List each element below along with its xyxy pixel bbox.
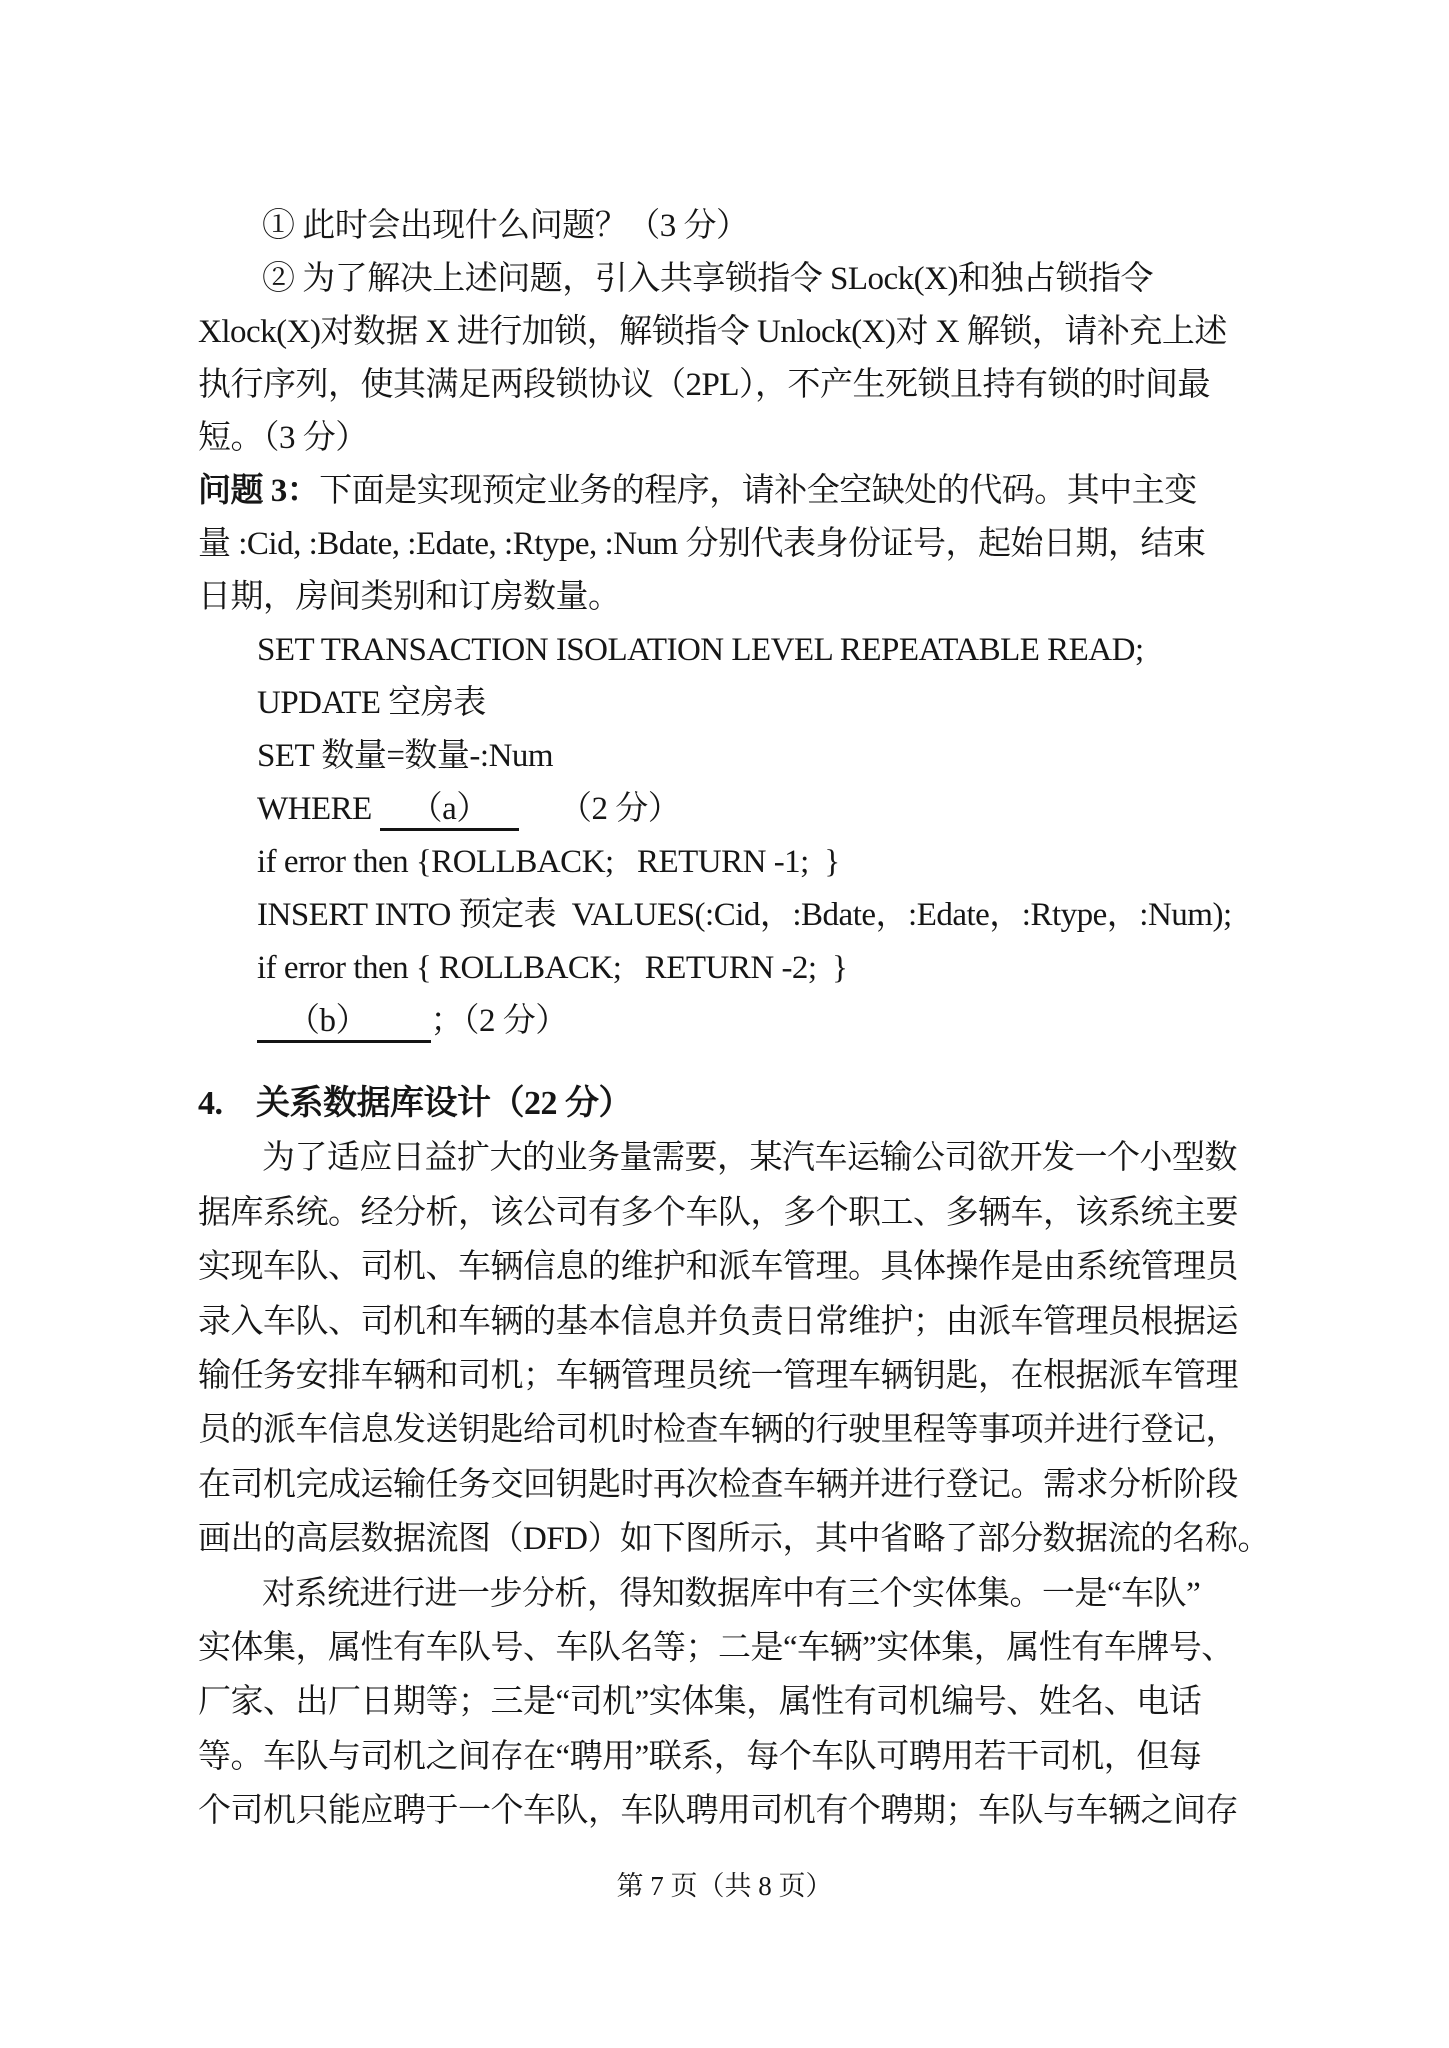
text-segment: 下面是实现预定业务的程序，请补全空缺处的代码。其中主变 <box>319 473 1197 509</box>
text-segment: 据库系统。经分析，该公司有多个车队，多个职工、多辆车，该系统主要 <box>198 1195 1238 1231</box>
text-segment: 问题 3： <box>198 473 319 509</box>
document-line: ① 此时会出现什么问题？（3 分） <box>198 200 1273 253</box>
text-segment: 员的派车信息发送钥匙给司机时检查车辆的行驶里程等事项并进行登记， <box>198 1412 1238 1448</box>
text-segment: 4. 关系数据库设计（22 分） <box>198 1085 632 1122</box>
document-line: 实体集，属性有车队号、车队名等；二是“车辆”实体集，属性有车牌号、 <box>198 1621 1273 1675</box>
text-segment: ② 为了解决上述问题，引入共享锁指令 SLock(X)和独占锁指令 <box>262 261 1153 297</box>
document-line: 厂家、出厂日期等；三是“司机”实体集，属性有司机编号、姓名、电话 <box>198 1675 1273 1729</box>
document-line: 执行序列，使其满足两段锁协议（2PL），不产生死锁且持有锁的时间最 <box>198 359 1273 412</box>
document-line: 问题 3：下面是实现预定业务的程序，请补全空缺处的代码。其中主变 <box>198 465 1273 518</box>
text-segment: ① 此时会出现什么问题？（3 分） <box>262 208 749 244</box>
text-segment: 日期，房间类别和订房数量。 <box>198 579 621 615</box>
text-segment: INSERT INTO 预定表 VALUES(:Cid，:Bdate，:Edat… <box>257 897 1232 933</box>
document-page: ① 此时会出现什么问题？（3 分）② 为了解决上述问题，引入共享锁指令 SLoc… <box>0 0 1449 2048</box>
text-segment: 实现车队、司机、车辆信息的维护和派车管理。具体操作是由系统管理员 <box>198 1249 1238 1285</box>
document-line: 量 :Cid, :Bdate, :Edate, :Rtype, :Num 分别代… <box>198 518 1273 571</box>
text-segment: WHERE <box>257 791 380 827</box>
text-segment: 量 :Cid, :Bdate, :Edate, :Rtype, :Num 分别代… <box>198 526 1205 562</box>
page-number-footer: 第 7 页（共 8 页） <box>0 1866 1449 1906</box>
text-segment: （2 分） <box>519 791 681 827</box>
text-segment: 录入车队、司机和车辆的基本信息并负责日常维护；由派车管理员根据运 <box>198 1304 1238 1340</box>
document-line: UPDATE 空房表 <box>198 677 1273 730</box>
text-segment: 为了适应日益扩大的业务量需要，某汽车运输公司欲开发一个小型数 <box>262 1140 1237 1176</box>
text-segment: 输任务安排车辆和司机；车辆管理员统一管理车辆钥匙，在根据派车管理 <box>198 1358 1238 1394</box>
text-segment: 在司机完成运输任务交回钥匙时再次检查车辆并进行登记。需求分析阶段 <box>198 1467 1238 1503</box>
document-line: 为了适应日益扩大的业务量需要，某汽车运输公司欲开发一个小型数 <box>198 1131 1273 1185</box>
document-line: Xlock(X)对数据 X 进行加锁，解锁指令 Unlock(X)对 X 解锁，… <box>198 306 1273 359</box>
answer-blank-underline: （b） <box>257 1003 431 1043</box>
document-line: 在司机完成运输任务交回钥匙时再次检查车辆并进行登记。需求分析阶段 <box>198 1458 1273 1512</box>
text-segment: 等。车队与司机之间存在“聘用”联系，每个车队可聘用若干司机，但每 <box>198 1739 1201 1775</box>
text-segment: 短。（3 分） <box>198 420 368 456</box>
document-line: 短。（3 分） <box>198 412 1273 465</box>
document-line: if error then {ROLLBACK; RETURN -1; } <box>198 836 1273 889</box>
document-line: 日期，房间类别和订房数量。 <box>198 571 1273 624</box>
text-segment: if error then {ROLLBACK; RETURN -1; } <box>257 844 840 880</box>
text-segment: 执行序列，使其满足两段锁协议（2PL），不产生死锁且持有锁的时间最 <box>198 367 1210 403</box>
document-line: SET 数量=数量-:Num <box>198 730 1273 783</box>
answer-blank-underline: （a） <box>380 791 519 831</box>
document-line: （b） ；（2 分） <box>198 995 1273 1048</box>
document-line: 画出的高层数据流图（DFD）如下图所示，其中省略了部分数据流的名称。 <box>198 1512 1273 1566</box>
text-block-section4: 4. 关系数据库设计（22 分）为了适应日益扩大的业务量需要，某汽车运输公司欲开… <box>198 1077 1273 1838</box>
document-line: 输任务安排车辆和司机；车辆管理员统一管理车辆钥匙，在根据派车管理 <box>198 1349 1273 1403</box>
text-segment: 个司机只能应聘于一个车队，车队聘用司机有个聘期；车队与车辆之间存 <box>198 1793 1238 1829</box>
text-segment: Xlock(X)对数据 X 进行加锁，解锁指令 Unlock(X)对 X 解锁，… <box>198 314 1227 350</box>
document-line: ② 为了解决上述问题，引入共享锁指令 SLock(X)和独占锁指令 <box>198 253 1273 306</box>
text-segment: SET TRANSACTION ISOLATION LEVEL REPEATAB… <box>257 632 1144 668</box>
document-line: SET TRANSACTION ISOLATION LEVEL REPEATAB… <box>198 624 1273 677</box>
document-line: if error then { ROLLBACK; RETURN -2; } <box>198 942 1273 995</box>
text-segment: 画出的高层数据流图（DFD）如下图所示，其中省略了部分数据流的名称。 <box>198 1521 1270 1557</box>
document-line: 对系统进行进一步分析，得知数据库中有三个实体集。一是“车队” <box>198 1567 1273 1621</box>
text-segment: 实体集，属性有车队号、车队名等；二是“车辆”实体集，属性有车牌号、 <box>198 1630 1234 1666</box>
text-segment: ；（2 分） <box>431 1003 568 1039</box>
text-segment: if error then { ROLLBACK; RETURN -2; } <box>257 950 847 986</box>
document-line: 录入车队、司机和车辆的基本信息并负责日常维护；由派车管理员根据运 <box>198 1295 1273 1349</box>
document-line: 个司机只能应聘于一个车队，车队聘用司机有个聘期；车队与车辆之间存 <box>198 1784 1273 1838</box>
text-segment: 对系统进行进一步分析，得知数据库中有三个实体集。一是“车队” <box>262 1576 1200 1612</box>
document-line: WHERE （a） （2 分） <box>198 783 1273 836</box>
document-line: 实现车队、司机、车辆信息的维护和派车管理。具体操作是由系统管理员 <box>198 1240 1273 1294</box>
text-segment: SET 数量=数量-:Num <box>257 738 553 774</box>
document-line: 据库系统。经分析，该公司有多个车队，多个职工、多辆车，该系统主要 <box>198 1186 1273 1240</box>
document-line: 等。车队与司机之间存在“聘用”联系，每个车队可聘用若干司机，但每 <box>198 1730 1273 1784</box>
section-heading: 4. 关系数据库设计（22 分） <box>198 1077 1273 1131</box>
document-line: 员的派车信息发送钥匙给司机时检查车辆的行驶里程等事项并进行登记， <box>198 1403 1273 1457</box>
text-segment: UPDATE 空房表 <box>257 685 486 721</box>
text-block-question3: ① 此时会出现什么问题？（3 分）② 为了解决上述问题，引入共享锁指令 SLoc… <box>198 200 1273 1048</box>
document-line: INSERT INTO 预定表 VALUES(:Cid，:Bdate，:Edat… <box>198 889 1273 942</box>
text-segment: 厂家、出厂日期等；三是“司机”实体集，属性有司机编号、姓名、电话 <box>198 1684 1201 1720</box>
